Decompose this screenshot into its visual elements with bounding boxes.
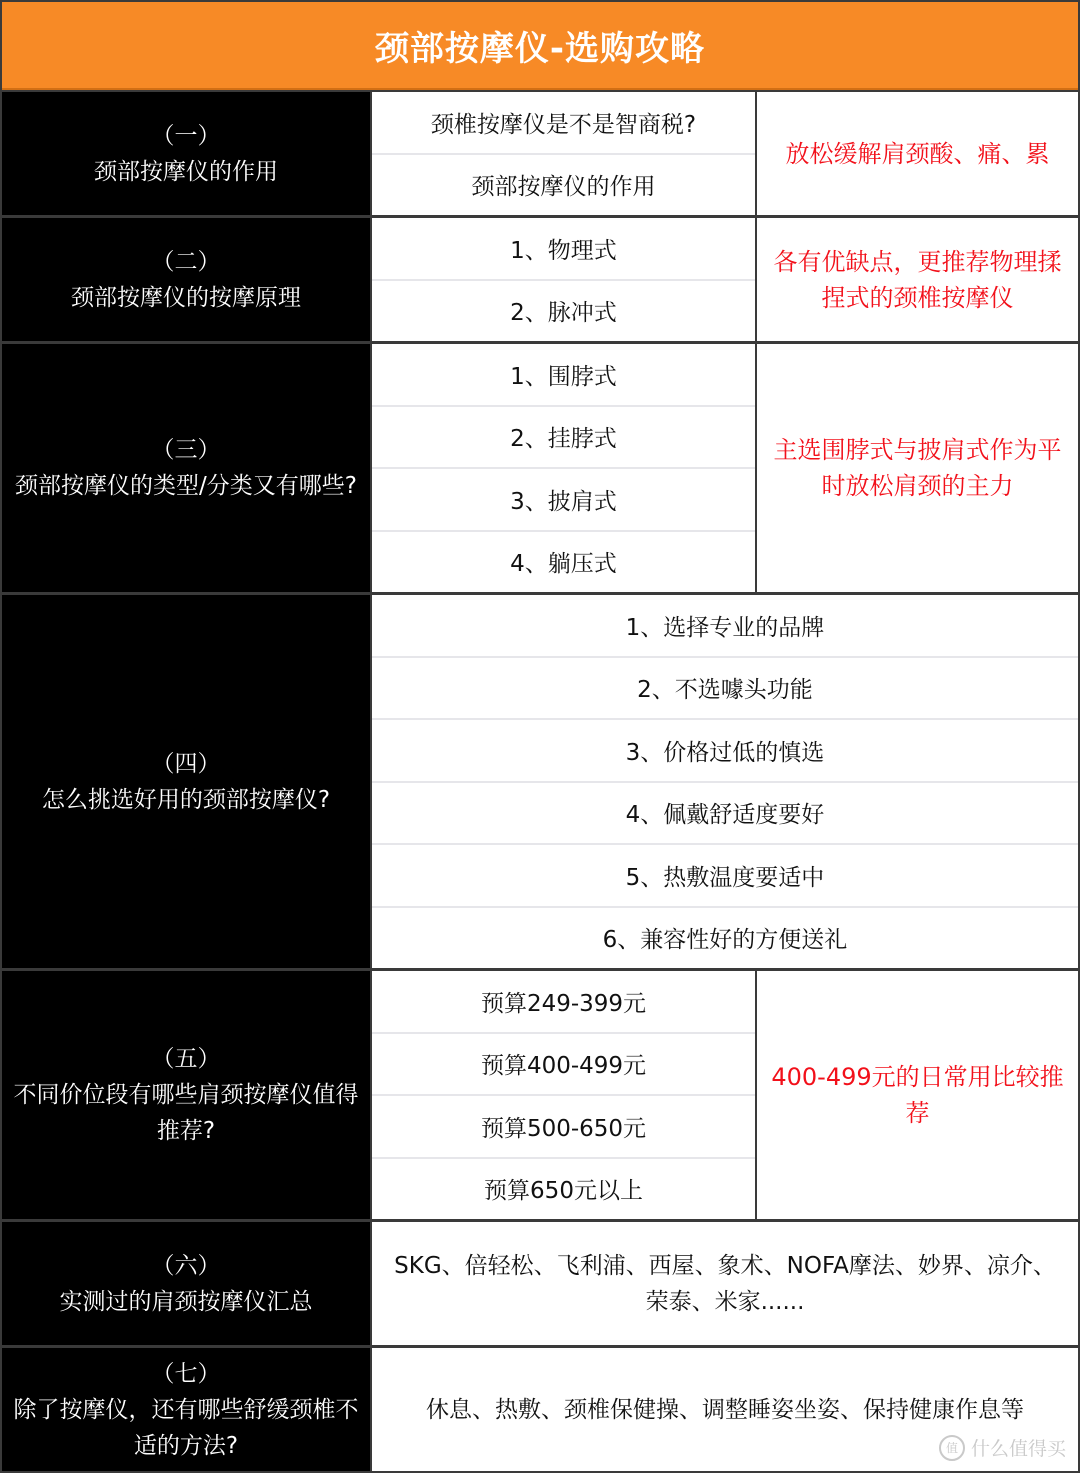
section-items: 1、物理式 2、脉冲式 <box>372 218 755 341</box>
list-item: 5、热敷温度要适中 <box>372 845 1078 908</box>
section-heading: （五） 不同价位段有哪些肩颈按摩仪值得推荐? <box>2 971 370 1219</box>
section-heading: （二） 颈部按摩仪的按摩原理 <box>2 218 370 341</box>
section-heading: （七） 除了按摩仪，还有哪些舒缓颈椎不适的方法? <box>2 1348 370 1471</box>
section-content: 休息、热敷、颈椎保健操、调整睡姿坐姿、保持健康作息等 值 什么值得买 <box>372 1348 1078 1471</box>
section-heading: （三） 颈部按摩仪的类型/分类又有哪些? <box>2 344 370 592</box>
section-conclusion: 主选围脖式与披肩式作为平时放松肩颈的主力 <box>757 344 1078 592</box>
list-item: 3、披肩式 <box>372 469 755 532</box>
list-item: 2、不选噱头功能 <box>372 658 1078 721</box>
section-title: 怎么挑选好用的颈部按摩仪? <box>42 782 330 818</box>
watermark: 值 什么值得买 <box>939 1434 1066 1461</box>
section-2: （二） 颈部按摩仪的按摩原理 1、物理式 2、脉冲式 各有优缺点，更推荐物理揉捏… <box>2 218 1078 341</box>
list-item: 预算400-499元 <box>372 1034 755 1097</box>
list-item: 2、挂脖式 <box>372 407 755 470</box>
list-item: 预算650元以上 <box>372 1159 755 1220</box>
section-conclusion: 400-499元的日常用比较推荐 <box>757 971 1078 1219</box>
section-items: 颈椎按摩仪是不是智商税? 颈部按摩仪的作用 <box>372 92 755 215</box>
section-number: （一） <box>152 118 221 154</box>
section-title: 不同价位段有哪些肩颈按摩仪值得推荐? <box>8 1077 364 1149</box>
list-item: 颈部按摩仪的作用 <box>372 155 755 216</box>
section-heading: （四） 怎么挑选好用的颈部按摩仪? <box>2 595 370 968</box>
section-items: 1、选择专业的品牌 2、不选噱头功能 3、价格过低的慎选 4、佩戴舒适度要好 5… <box>372 595 1078 968</box>
section-7: （七） 除了按摩仪，还有哪些舒缓颈椎不适的方法? 休息、热敷、颈椎保健操、调整睡… <box>2 1348 1078 1471</box>
section-4: （四） 怎么挑选好用的颈部按摩仪? 1、选择专业的品牌 2、不选噱头功能 3、价… <box>2 595 1078 968</box>
guide-table: 颈部按摩仪-选购攻略 （一） 颈部按摩仪的作用 颈椎按摩仪是不是智商税? 颈部按… <box>0 0 1080 1473</box>
section-title: 颈部按摩仪的作用 <box>94 154 278 190</box>
section-content: SKG、倍轻松、飞利浦、西屋、象术、NOFA摩法、妙界、凉介、荣泰、米家....… <box>372 1222 1078 1345</box>
list-item: 1、选择专业的品牌 <box>372 595 1078 658</box>
section-1: （一） 颈部按摩仪的作用 颈椎按摩仪是不是智商税? 颈部按摩仪的作用 放松缓解肩… <box>2 92 1078 215</box>
section-number: （五） <box>152 1041 221 1077</box>
watermark-text: 什么值得买 <box>971 1434 1066 1461</box>
list-item: 3、价格过低的慎选 <box>372 720 1078 783</box>
brand-list: SKG、倍轻松、飞利浦、西屋、象术、NOFA摩法、妙界、凉介、荣泰、米家....… <box>372 1222 1078 1345</box>
list-item: 6、兼容性好的方便送礼 <box>372 908 1078 969</box>
section-conclusion: 各有优缺点，更推荐物理揉捏式的颈椎按摩仪 <box>757 218 1078 341</box>
list-item: 预算249-399元 <box>372 971 755 1034</box>
section-number: （六） <box>152 1248 221 1284</box>
page-title: 颈部按摩仪-选购攻略 <box>2 2 1078 90</box>
section-title: 除了按摩仪，还有哪些舒缓颈椎不适的方法? <box>8 1392 364 1464</box>
list-item: 4、佩戴舒适度要好 <box>372 783 1078 846</box>
smzdm-logo-icon: 值 <box>939 1435 965 1461</box>
section-title: 实测过的肩颈按摩仪汇总 <box>60 1284 313 1320</box>
section-items: 预算249-399元 预算400-499元 预算500-650元 预算650元以… <box>372 971 755 1219</box>
section-heading: （六） 实测过的肩颈按摩仪汇总 <box>2 1222 370 1345</box>
list-item: 颈椎按摩仪是不是智商税? <box>372 92 755 155</box>
section-number: （二） <box>152 244 221 280</box>
section-number: （三） <box>152 432 221 468</box>
list-item: 预算500-650元 <box>372 1096 755 1159</box>
section-heading: （一） 颈部按摩仪的作用 <box>2 92 370 215</box>
list-item: 1、物理式 <box>372 218 755 281</box>
list-item: 4、躺压式 <box>372 532 755 593</box>
section-number: （七） <box>152 1356 221 1392</box>
section-number: （四） <box>152 746 221 782</box>
section-title: 颈部按摩仪的类型/分类又有哪些? <box>15 468 357 504</box>
section-conclusion: 放松缓解肩颈酸、痛、累 <box>757 92 1078 215</box>
list-item: 2、脉冲式 <box>372 281 755 342</box>
section-items: 1、围脖式 2、挂脖式 3、披肩式 4、躺压式 <box>372 344 755 592</box>
section-title: 颈部按摩仪的按摩原理 <box>71 280 301 316</box>
list-item: 1、围脖式 <box>372 344 755 407</box>
section-3: （三） 颈部按摩仪的类型/分类又有哪些? 1、围脖式 2、挂脖式 3、披肩式 4… <box>2 344 1078 592</box>
section-6: （六） 实测过的肩颈按摩仪汇总 SKG、倍轻松、飞利浦、西屋、象术、NOFA摩法… <box>2 1222 1078 1345</box>
section-5: （五） 不同价位段有哪些肩颈按摩仪值得推荐? 预算249-399元 预算400-… <box>2 971 1078 1219</box>
